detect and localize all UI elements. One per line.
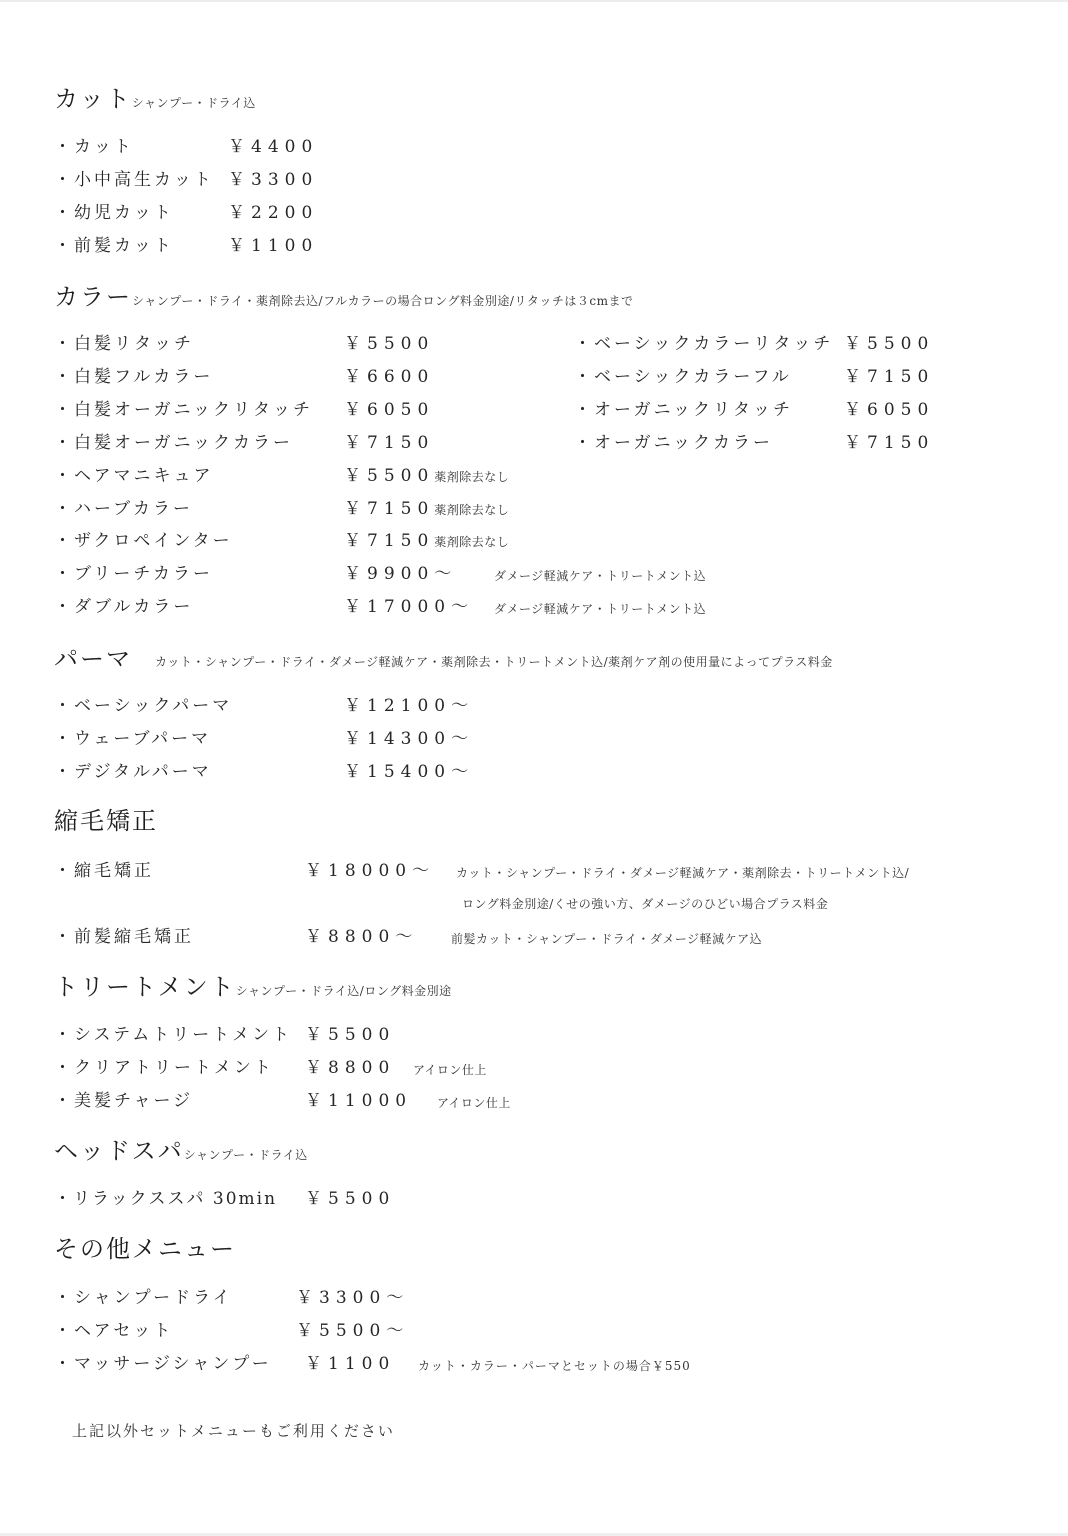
section-title: ヘッドスパ bbox=[54, 1137, 184, 1165]
menu-item-note: アイロン仕上 bbox=[413, 1062, 487, 1078]
section-color-header: カラーシャンプー・ドライ・薬剤除去込/フルカラーの場合ロング料金別途/リタッチは… bbox=[54, 282, 634, 312]
menu-item-name: ・ダブルカラー bbox=[54, 596, 193, 618]
section-cut-header: カットシャンプー・ドライ込 bbox=[54, 84, 256, 114]
menu-item-name: ・クリアトリートメント bbox=[54, 1057, 274, 1079]
menu-item-name: ・白髪オーガニックリタッチ bbox=[54, 399, 313, 421]
top-border bbox=[0, 0, 1068, 2]
menu-item-name: ・シャンプードライ bbox=[54, 1287, 233, 1309]
menu-item-price: ￥5500 bbox=[344, 466, 434, 486]
menu-item-price: ￥11000 bbox=[305, 1090, 412, 1112]
menu-item-price: ￥7150 bbox=[344, 432, 434, 454]
menu-item-name: ・ベーシックカラーリタッチ bbox=[574, 333, 833, 355]
menu-item-price: ￥1100 bbox=[305, 1353, 395, 1375]
menu-item-price: ￥8800 bbox=[305, 1057, 395, 1079]
menu-item-name: ・システムトリートメント bbox=[54, 1024, 292, 1046]
menu-item-name: ・幼児カット bbox=[54, 202, 174, 224]
menu-item-name: ・縮毛矯正 bbox=[54, 860, 154, 882]
section-title: その他メニュー bbox=[54, 1234, 236, 1264]
section-subtitle: カット・シャンプー・ドライ・ダメージ軽減ケア・薬剤除去・トリートメント込/薬剤ケ… bbox=[155, 653, 833, 670]
menu-item-price: ￥4400 bbox=[228, 136, 318, 158]
menu-item-price: ￥12100〜 bbox=[344, 695, 474, 717]
menu-item-note: 薬剤除去なし bbox=[434, 535, 509, 549]
menu-item-note: 前髪カット・シャンプー・ドライ・ダメージ軽減ケア込 bbox=[451, 931, 762, 947]
menu-item-note: 薬剤除去なし bbox=[434, 470, 509, 484]
menu-item-name: ・カット bbox=[54, 136, 134, 158]
menu-item-price: ￥5500 bbox=[305, 1024, 395, 1046]
menu-item-name: ・ヘアセット bbox=[54, 1320, 173, 1342]
menu-item-price: ￥5500〜 bbox=[296, 1320, 409, 1342]
menu-item-price: ￥3300 bbox=[228, 169, 318, 191]
menu-item-name: ・白髪オーガニックカラー bbox=[54, 432, 293, 454]
menu-item-price: ￥7150 bbox=[844, 432, 934, 454]
menu-item-name: ・オーガニックカラー bbox=[574, 432, 773, 454]
menu-item-price: ￥7150 bbox=[344, 531, 434, 551]
menu-item-name: ・白髪フルカラー bbox=[54, 366, 213, 388]
section-subtitle: シャンプー・ドライ込 bbox=[132, 96, 256, 110]
menu-item-price-row: ￥7150薬剤除去なし bbox=[344, 530, 509, 552]
section-title: トリートメント bbox=[54, 973, 236, 1001]
menu-item-price-row: ￥7150薬剤除去なし bbox=[344, 498, 509, 520]
menu-item-name: ・ハーブカラー bbox=[54, 498, 193, 520]
menu-item-name: ・前髪カット bbox=[54, 235, 174, 257]
menu-item-name: ・美髪チャージ bbox=[54, 1090, 193, 1112]
menu-item-price: ￥6050 bbox=[844, 399, 934, 421]
menu-item-price: ￥9900〜 bbox=[344, 563, 457, 585]
section-title: カラー bbox=[54, 283, 132, 311]
menu-item-price: ￥3300〜 bbox=[296, 1287, 409, 1309]
menu-item-price: ￥8800〜 bbox=[305, 926, 418, 948]
menu-item-price: ￥5500 bbox=[844, 333, 934, 355]
menu-item-note: アイロン仕上 bbox=[437, 1095, 511, 1111]
menu-item-note: カット・カラー・パーマとセットの場合￥550 bbox=[418, 1358, 691, 1374]
menu-item-name: ・ザクロペインター bbox=[54, 530, 233, 552]
menu-item-price: ￥6050 bbox=[344, 399, 434, 421]
menu-item-note: ダメージ軽減ケア・トリートメント込 bbox=[494, 601, 706, 617]
menu-item-price: ￥5500 bbox=[344, 333, 434, 355]
menu-item-name: ・ヘアマニキュア bbox=[54, 465, 214, 487]
menu-item-name: ・前髪縮毛矯正 bbox=[54, 926, 194, 948]
menu-item-note-line2: ロング料金別途/くせの強い方、ダメージのひどい場合プラス料金 bbox=[462, 896, 828, 912]
menu-item-price: ￥18000〜 bbox=[305, 860, 435, 882]
menu-item-name: ・ウェーブパーマ bbox=[54, 728, 211, 750]
menu-item-name: ・白髪リタッチ bbox=[54, 333, 194, 355]
section-title: 縮毛矯正 bbox=[54, 806, 158, 836]
section-subtitle: シャンプー・ドライ込 bbox=[184, 1148, 308, 1162]
section-treatment-header: トリートメントシャンプー・ドライ込/ロング料金別途 bbox=[54, 972, 452, 1002]
menu-item-name: ・マッサージシャンプー bbox=[54, 1353, 272, 1375]
section-subtitle: シャンプー・ドライ・薬剤除去込/フルカラーの場合ロング料金別途/リタッチは３cm… bbox=[132, 294, 634, 308]
menu-item-price: ￥5500 bbox=[305, 1188, 395, 1210]
menu-item-price: ￥14300〜 bbox=[344, 728, 474, 750]
menu-item-name: ・リラックススパ 30min bbox=[54, 1188, 277, 1210]
menu-item-name: ・ベーシックカラーフル bbox=[574, 366, 792, 388]
section-subtitle: シャンプー・ドライ込/ロング料金別途 bbox=[236, 984, 452, 998]
menu-item-price-row: ￥5500薬剤除去なし bbox=[344, 465, 509, 487]
menu-item-name: ・デジタルパーマ bbox=[54, 761, 212, 783]
menu-item-price: ￥7150 bbox=[844, 366, 934, 388]
menu-item-price: ￥17000〜 bbox=[344, 596, 474, 618]
menu-item-name: ・ベーシックパーマ bbox=[54, 695, 232, 717]
menu-item-note: ダメージ軽減ケア・トリートメント込 bbox=[494, 568, 706, 584]
menu-item-note: カット・シャンプー・ドライ・ダメージ軽減ケア・薬剤除去・トリートメント込/ bbox=[456, 865, 909, 881]
menu-item-name: ・ブリーチカラー bbox=[54, 563, 213, 585]
menu-item-price: ￥7150 bbox=[344, 499, 434, 519]
menu-item-price: ￥6600 bbox=[344, 366, 434, 388]
section-title: パーマ bbox=[54, 644, 132, 674]
menu-item-price: ￥15400〜 bbox=[344, 761, 474, 783]
menu-item-price: ￥2200 bbox=[228, 202, 318, 224]
menu-item-name: ・オーガニックリタッチ bbox=[574, 399, 793, 421]
section-headspa-header: ヘッドスパシャンプー・ドライ込 bbox=[54, 1136, 308, 1166]
menu-item-price: ￥1100 bbox=[228, 235, 318, 257]
footer-note: 上記以外セットメニューもご利用ください bbox=[72, 1420, 395, 1441]
menu-item-note: 薬剤除去なし bbox=[434, 503, 509, 517]
section-title: カット bbox=[54, 85, 132, 113]
menu-item-name: ・小中高生カット bbox=[54, 169, 214, 191]
